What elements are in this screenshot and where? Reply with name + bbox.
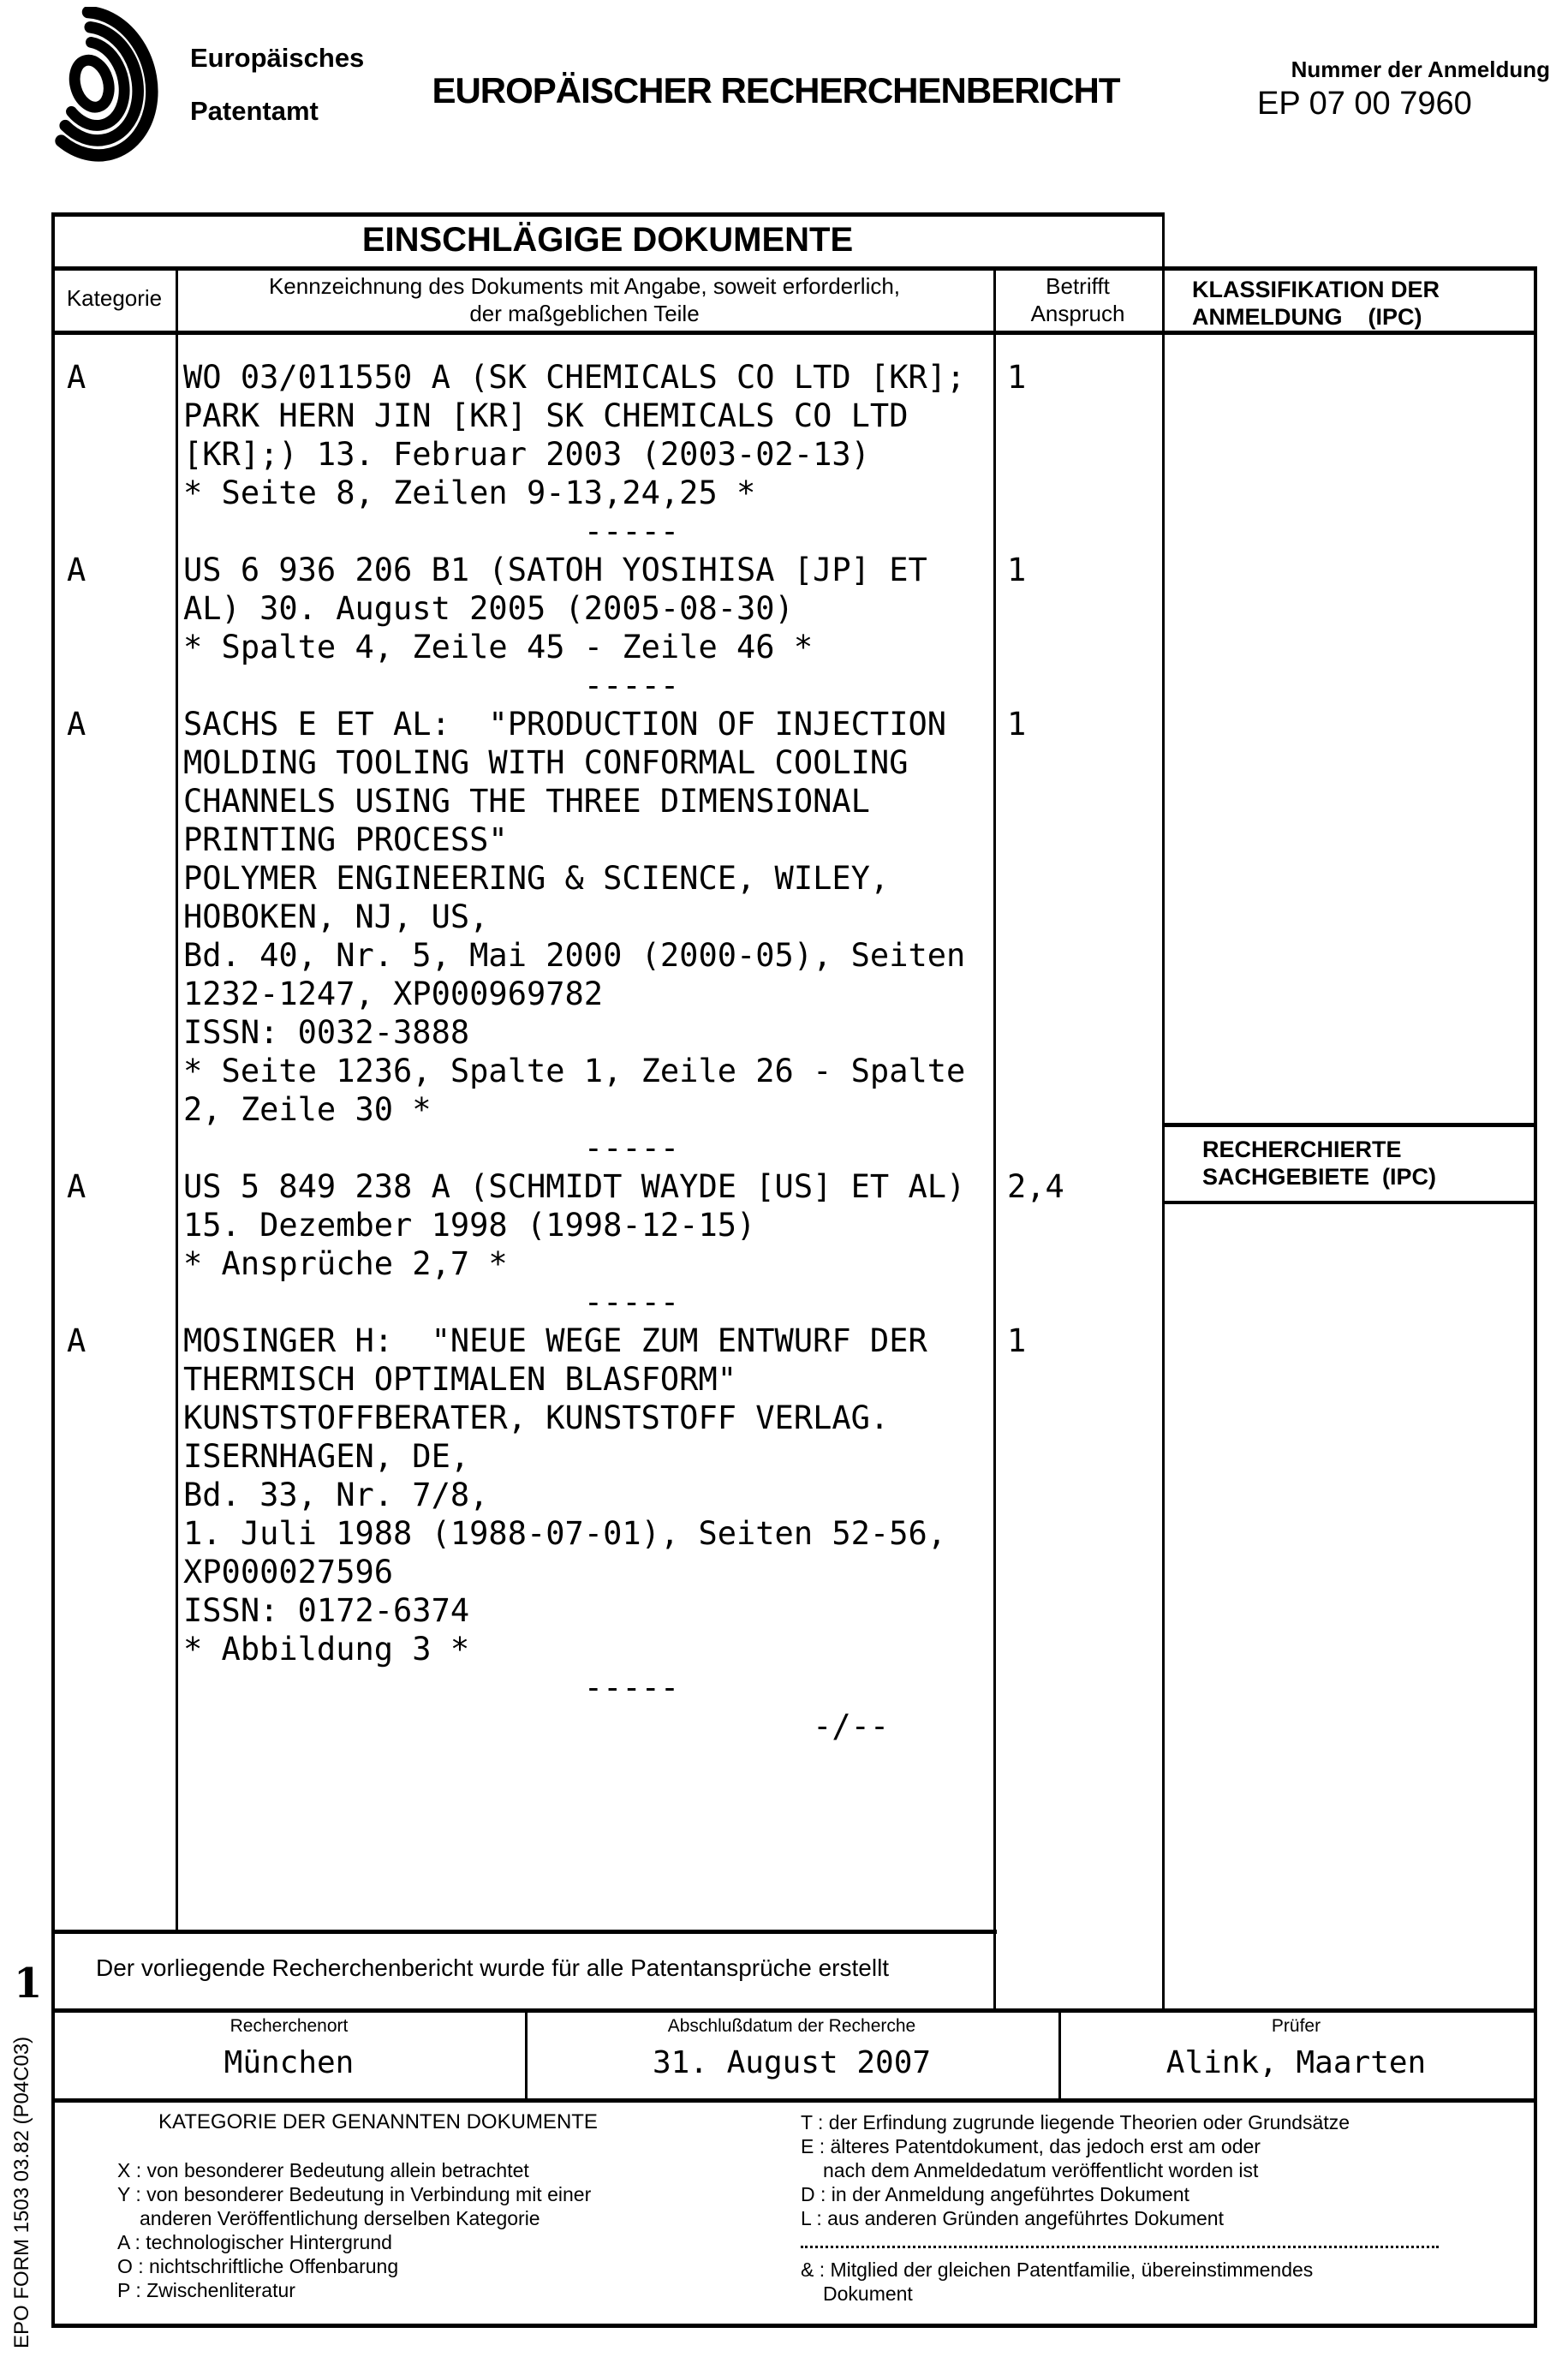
legend-title: KATEGORIE DER GENANNTEN DOKUMENTE [158, 2110, 598, 2134]
claims-column: 1 1 1 2,4 1 [1007, 358, 1064, 1707]
searched-fields-line1: RECHERCHIERTE [1202, 1136, 1436, 1163]
search-place-label: Recherchenort [53, 2016, 525, 2037]
col-header-classification-line2: ANMELDUNG (IPC) [1192, 303, 1440, 331]
searched-fields-line2: SACHGEBIETE (IPC) [1202, 1163, 1436, 1190]
page-number: 1 [14, 1960, 42, 2008]
grid-line-searched-bottom [1162, 1201, 1537, 1204]
col-header-classification: KLASSIFIKATION DER ANMELDUNG (IPC) [1192, 276, 1440, 331]
table-title: EINSCHLÄGIGE DOKUMENTE [53, 221, 1162, 260]
legend-line: D : in der Anmeldung angeführtes Dokumen… [801, 2182, 1520, 2206]
search-date: 31. August 2007 [525, 2045, 1058, 2080]
examiner-label: Prüfer [1058, 2016, 1534, 2037]
grid-line-right-border [1534, 266, 1537, 2328]
legend-line: P : Zwischenliteratur [117, 2278, 785, 2302]
col-header-citation: Kennzeichnung des Dokuments mit Angabe, … [178, 272, 991, 327]
grid-line-category-divider [176, 266, 178, 1930]
citation-column: WO 03/011550 A (SK CHEMICALS CO LTD [KR]… [183, 358, 965, 1745]
col-header-category: Kategorie [53, 284, 176, 312]
grid-line-table-bottom [53, 2324, 1537, 2328]
legend-line: Y : von besonderer Bedeutung in Verbindu… [117, 2182, 785, 2206]
legend-line: Dokument [801, 2282, 1520, 2306]
legend-line: L : aus anderen Gründen angeführtes Doku… [801, 2206, 1520, 2230]
org-name-line2: Patentamt [190, 96, 319, 127]
grid-line-header-bottom [53, 331, 1537, 335]
col-header-claims: Betrifft Anspruch [996, 272, 1160, 327]
search-date-label: Abschlußdatum der Recherche [525, 2016, 1058, 2037]
examiner: Alink, Maarten [1058, 2045, 1534, 2080]
application-number: EP 07 00 7960 [1257, 86, 1472, 122]
category-column: A A A A A [67, 358, 86, 1707]
grid-line-header-top [53, 266, 1537, 271]
epo-logo [34, 7, 171, 165]
grid-line-searched-top [1162, 1123, 1537, 1127]
col-header-citation-line2: der maßgeblichen Teile [178, 300, 991, 327]
legend-right-bottom-column: & : Mitglied der gleichen Patentfamilie,… [801, 2258, 1520, 2306]
form-code: EPO FORM 1503 03.82 (P04C03) [10, 2037, 34, 2348]
legend-line: & : Mitglied der gleichen Patentfamilie,… [801, 2258, 1520, 2282]
legend-line: O : nichtschriftliche Offenbarung [117, 2254, 785, 2278]
search-report-page: Europäisches Patentamt EUROPÄISCHER RECH… [0, 0, 1568, 2357]
searched-fields-header: RECHERCHIERTE SACHGEBIETE (IPC) [1202, 1136, 1436, 1190]
org-name-line1: Europäisches [190, 43, 364, 74]
col-header-claims-line1: Betrifft [996, 272, 1160, 300]
report-title: EUROPÄISCHER RECHERCHENBERICHT [402, 70, 1149, 111]
col-header-classification-line1: KLASSIFIKATION DER [1192, 276, 1440, 303]
legend-line: T : der Erfindung zugrunde liegende Theo… [801, 2110, 1520, 2134]
col-header-citation-line1: Kennzeichnung des Dokuments mit Angabe, … [178, 272, 991, 300]
legend-right-top-column: T : der Erfindung zugrunde liegende Theo… [801, 2110, 1520, 2230]
col-header-claims-line2: Anspruch [996, 300, 1160, 327]
application-number-label: Nummer der Anmeldung [1259, 57, 1550, 83]
grid-line-table-top [53, 212, 1162, 217]
legend-line: anderen Veröffentlichung derselben Kateg… [117, 2206, 785, 2230]
completion-note: Der vorliegende Recherchenbericht wurde … [96, 1954, 889, 1982]
grid-line-legend-top [53, 2098, 1537, 2103]
grid-line-claims-divider [993, 266, 996, 2008]
legend-line: X : von besonderer Bedeutung allein betr… [117, 2158, 785, 2182]
search-place: München [53, 2045, 525, 2080]
grid-line-classification-divider [1162, 212, 1165, 2008]
legend-line: E : älteres Patentdokument, das jedoch e… [801, 2134, 1520, 2158]
grid-line-note-top [53, 1930, 997, 1934]
grid-line-footer-top [53, 2008, 1537, 2013]
legend-left-column: X : von besonderer Bedeutung allein betr… [117, 2158, 785, 2302]
grid-line-left-border [51, 212, 55, 2328]
legend-line: nach dem Anmeldedatum veröffentlicht wor… [801, 2158, 1520, 2182]
legend-line: A : technologischer Hintergrund [117, 2230, 785, 2254]
legend-separator-dotted-line [801, 2246, 1439, 2248]
